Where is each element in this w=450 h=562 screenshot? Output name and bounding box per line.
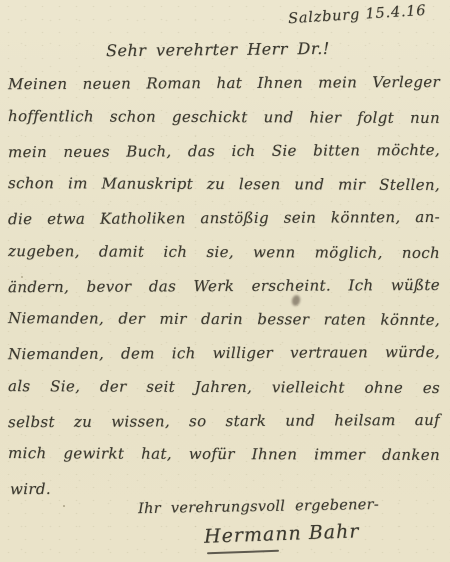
letter-line: zugeben, damit ich sie, wenn möglich, no…	[8, 235, 440, 271]
letter-signature: Hermann Bahr	[204, 520, 360, 547]
letter-line: selbst zu wissen, so stark und heilsam a…	[8, 403, 440, 439]
letter-page: Salzburg 15.4.16 Sehr verehrter Herr Dr.…	[0, 0, 450, 562]
letter-line: Niemanden, dem ich williger vertrauen wü…	[8, 336, 440, 372]
letter-line: Niemanden, der mir darin besser raten kö…	[8, 302, 440, 338]
letter-line: hoffentlich schon geschickt und hier fol…	[8, 100, 440, 136]
letter-closing: Ihr verehrungsvoll ergebener-	[138, 497, 379, 517]
signature-underline-flourish	[207, 550, 279, 554]
paper-speck	[21, 276, 23, 278]
letter-line: die etwa Katholiken anstößig sein könnte…	[8, 201, 440, 237]
letter-body: Meinen neuen Roman hat Ihnen mein Verleg…	[8, 67, 440, 506]
letter-salutation: Sehr verehrter Herr Dr.!	[106, 39, 330, 60]
paper-speck	[388, 455, 390, 457]
letter-line: mich gewirkt hat, wofür Ihnen immer dank…	[8, 437, 440, 473]
letter-line: ändern, bevor das Werk erscheint. Ich wü…	[8, 268, 440, 304]
letter-line: als Sie, der seit Jahren, vielleicht ohn…	[8, 370, 440, 406]
letter-line: schon im Manuskript zu lesen und mir Ste…	[8, 167, 440, 203]
letter-dateline: Salzburg 15.4.16	[288, 3, 427, 27]
paper-speck	[63, 505, 65, 507]
letter-line: Meinen neuen Roman hat Ihnen mein Verleg…	[8, 66, 440, 102]
letter-line: mein neues Buch, das ich Sie bitten möch…	[8, 133, 440, 169]
